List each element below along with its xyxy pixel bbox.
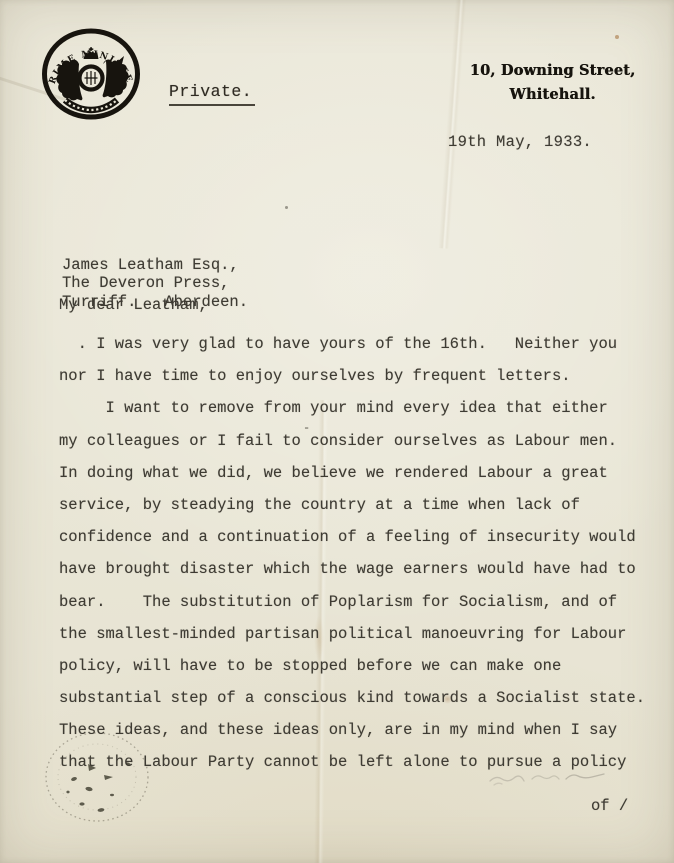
body-line: the smallest-minded partisan political m… (59, 618, 645, 650)
paper-speck (615, 35, 619, 39)
prime-minister-seal: PRIME MINISTER (41, 28, 141, 120)
body-line: confidence and a continuation of a feeli… (59, 521, 645, 553)
body-line: I want to remove from your mind every id… (59, 392, 645, 424)
date-line: 19th May, 1933. (448, 133, 592, 151)
recipient-line: James Leatham Esq., (62, 256, 248, 275)
body-line: bear. The substitution of Poplarism for … (59, 586, 645, 618)
pencil-scribble-icon (486, 766, 612, 790)
royal-coat-of-arms-icon: PRIME MINISTER (41, 28, 141, 120)
recipient-line: The Deveron Press, (62, 274, 248, 293)
body-line: nor I have time to enjoy ourselves by fr… (59, 360, 645, 392)
fold-crease-top (435, 0, 469, 249)
letterhead-line: Whitehall. (440, 83, 665, 107)
letterhead-line: 10, Downing Street, (440, 59, 665, 83)
letterhead-address: 10, Downing Street,Whitehall. (440, 59, 665, 107)
body-line: . I was very glad to have yours of the 1… (59, 328, 645, 360)
body-line: substantial step of a conscious kind tow… (59, 682, 645, 714)
pencil-note (486, 766, 612, 790)
body-line: policy, will have to be stopped before w… (59, 650, 645, 682)
private-label: Private. (169, 82, 255, 106)
letter-body: . I was very glad to have yours of the 1… (59, 328, 645, 779)
recipient-address: James Leatham Esq.,The Deveron Press,Tur… (62, 200, 248, 311)
body-line: my colleagues or I fail to consider ours… (59, 425, 645, 457)
body-line: In doing what we did, we believe we rend… (59, 457, 645, 489)
paper-speck (285, 206, 288, 209)
body-line: These ideas, and these ideas only, are i… (59, 714, 645, 746)
body-line: have brought disaster which the wage ear… (59, 553, 645, 585)
letter-scan: PRIME MINISTER Private. 10, Downing Stre… (0, 0, 674, 863)
typed-correction-mark: - (303, 421, 310, 435)
salutation: My dear Leatham, (59, 296, 208, 315)
catchword: of / (591, 797, 628, 816)
body-line: service, by steadying the country at a t… (59, 489, 645, 521)
